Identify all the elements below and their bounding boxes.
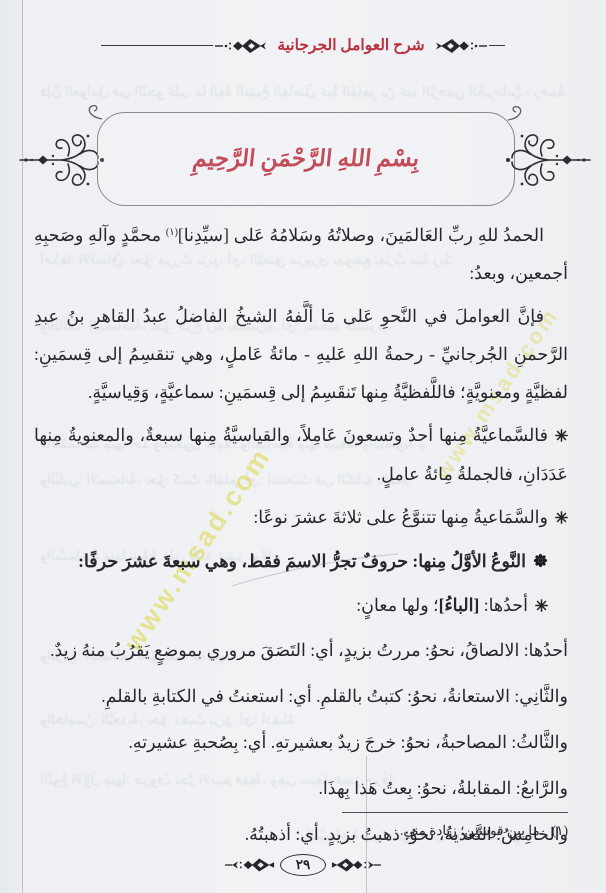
baa-tail-text: ؛ ولها معانٍ: xyxy=(356,595,438,615)
counts-text: فالسَّماعيَّةُ مِنها أحدٌ وتسعونَ عَامِل… xyxy=(34,425,568,484)
header-ornament-icon xyxy=(215,38,269,54)
book-page: فإنَّ العواملَ في النَّحوِ عَلى مَا ألَّ… xyxy=(0,0,606,893)
star-bullet-icon xyxy=(555,499,568,537)
footer-ornament-icon xyxy=(331,857,381,873)
header-rule-left xyxy=(101,45,213,46)
meaning-item: أحدُها: الالصاقُ، نحوُ: مررتُ بزيدٍ، أي:… xyxy=(34,630,568,671)
bleedthrough-text: فإنَّ العواملَ في النَّحوِ عَلى مَا ألَّ… xyxy=(40,84,566,101)
footnote-marker: (١) xyxy=(552,823,568,838)
footnote: (١)ما بين قوسين؛ زيادة مني. xyxy=(40,820,568,842)
header-ornament-icon xyxy=(433,38,487,54)
meaning-item: والثَّانِي: الاستعانةُ، نحوُ: كتبتُ بالق… xyxy=(34,676,568,717)
baa-term: [الباءُ] xyxy=(439,595,480,615)
body-text: الحمدُ للهِ ربِّ العَالمَينَ، وصلاتُهُ و… xyxy=(34,214,568,860)
page-footer: ٢٩ xyxy=(0,854,606,876)
paragraph-intro: فإنَّ العواملَ في النَّحوِ عَلى مَا ألَّ… xyxy=(34,297,568,411)
paragraph-types: والسَّمَاعيةُ مِنها تتنوَّعُ على ثلاثةَ … xyxy=(34,498,568,537)
star-bullet-icon xyxy=(535,587,558,625)
running-head: شرح العوامل الجرجانية xyxy=(0,36,606,55)
meaning-item: والثَّالثُ: المصاحبةُ، نحوُ: خرجَ زيدٌ ب… xyxy=(34,722,568,763)
paragraph-baa: أحدُها: [الباءُ]؛ ولها معانٍ: xyxy=(34,586,568,625)
meaning-item: والرَّابعُ: المقابلةُ، نحوُ: بِعتُ هَذا … xyxy=(34,768,568,809)
floral-flourish-icon xyxy=(500,114,592,206)
types-text: والسَّمَاعيةُ مِنها تتنوَّعُ على ثلاثةَ … xyxy=(253,507,548,527)
footer-ornament-icon xyxy=(225,857,275,873)
paragraph-hamdala: الحمدُ للهِ ربِّ العَالمَينَ، وصلاتُهُ و… xyxy=(34,214,568,292)
baa-lead-text: أحدُها: xyxy=(479,595,528,615)
footnote-text: ما بين قوسين؛ زيادة مني. xyxy=(400,823,540,838)
rosette-bullet-icon xyxy=(533,543,558,581)
basmala-panel: بِسْمِ اللهِ الرَّحْمَنِ الرَّحِيمِ xyxy=(0,104,606,212)
paragraph-first-type-heading: النَّوعُ الأوَّلُ مِنها: حروفٌ تجرُّ الا… xyxy=(34,542,568,581)
corner-curl-icon xyxy=(84,103,104,121)
first-type-heading-text: النَّوعُ الأوَّلُ مِنها: حروفٌ تجرُّ الا… xyxy=(78,551,526,571)
star-bullet-icon xyxy=(555,417,568,455)
basmala-text: بِسْمِ اللهِ الرَّحْمَنِ الرَّحِيمِ xyxy=(93,113,519,205)
basmala-frame: بِسْمِ اللهِ الرَّحْمَنِ الرَّحِيمِ xyxy=(97,112,515,206)
page-number: ٢٩ xyxy=(280,854,326,876)
hamdala-text: الحمدُ للهِ ربِّ العَالمَينَ، وصلاتُهُ و… xyxy=(178,225,544,245)
footnote-reference: (١) xyxy=(166,227,178,238)
header-rule-right xyxy=(489,45,505,46)
footnote-separator xyxy=(342,812,568,813)
chapter-title: شرح العوامل الجرجانية xyxy=(277,36,424,55)
paragraph-counts: فالسَّماعيَّةُ مِنها أحدٌ وتسعونَ عَامِل… xyxy=(34,416,568,493)
